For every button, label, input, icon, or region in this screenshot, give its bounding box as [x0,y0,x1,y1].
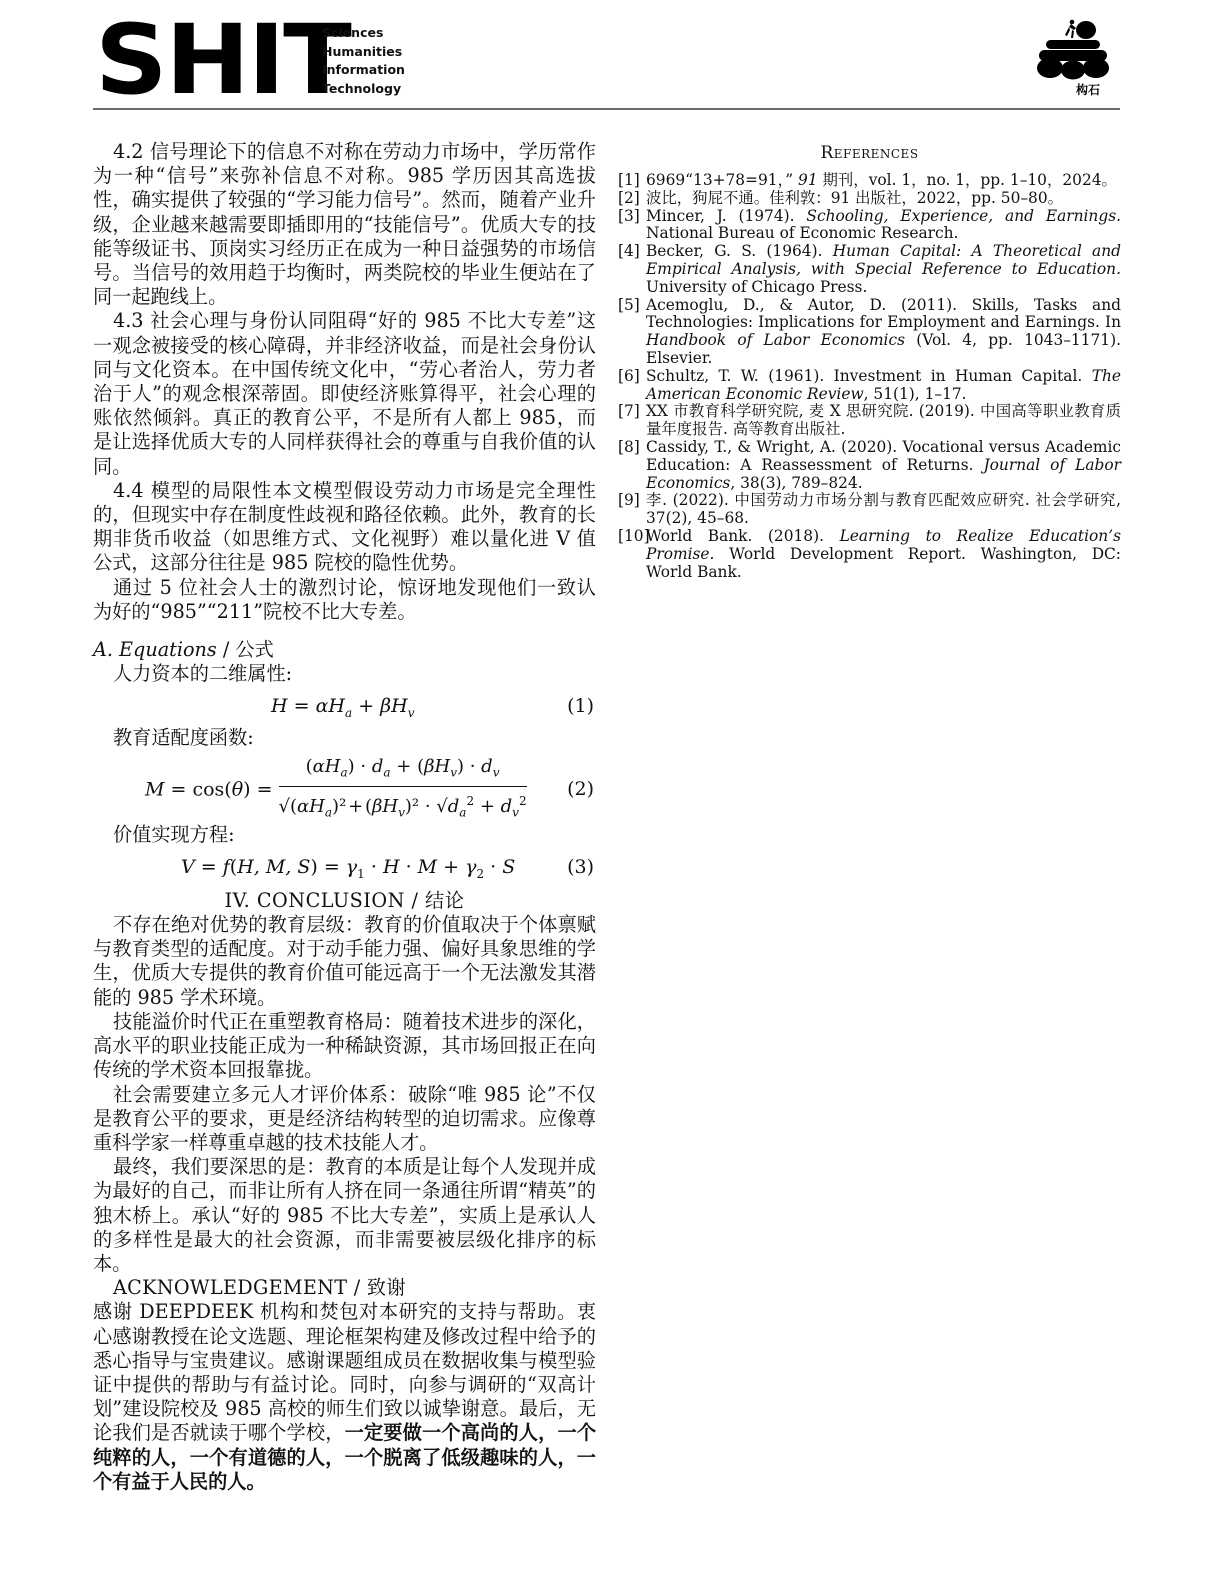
left-column: 4.2 信号理论下的信息不对称在劳动力市场中，学历常作为一种“信号”来弥补信息不… [93,140,596,1494]
reference-text: XX 市教育科学研究院, 麦 X 思研究院. (2019). 中国高等职业教育质… [646,402,1121,438]
reference-number: [2] [618,190,640,208]
paragraph-4-4: 4.4 模型的局限性本文模型假设劳动力市场是完全理性的，但现实中存在制度性歧视和… [93,479,596,576]
reference-text: World Bank. (2018). [646,527,840,545]
equations-heading-cn: 公式 [235,638,273,661]
right-column: References [1]6969“13+78=91，” 91 期刊，vol.… [618,143,1121,581]
equation-2-label: 教育适配度函数: [93,726,596,750]
conclusion-paragraph: 最终，我们要深思的是：教育的本质是让每个人发现并成为最好的自己，而非让所有人挤在… [93,1155,596,1276]
reference-item: [9]李. (2022). 中国劳动力市场分割与教育匹配效应研究. 社会学研究,… [618,492,1121,528]
brand-line: Information [322,61,405,80]
brand-line: Technology [322,80,405,99]
equation-1: H = αHa + βHv (1) [93,686,596,726]
equation-2: M = cos(θ) =(αHa) · da + (βHv) · dv√(αHa… [93,751,596,823]
equation-3: V = f(H, M, S) = γ1 · H · M + γ2 · S (3) [93,847,596,887]
equation-1-number: (1) [567,694,594,718]
reference-number: [9] [618,492,640,510]
reference-text: University of Chicago Press. [646,278,867,296]
reference-item: [5]Acemoglu, D., & Autor, D. (2011). Ski… [618,297,1121,368]
logo-label: 构石 [1076,81,1100,98]
reference-text: 波比，狗屁不通。佳利敦：91 出版社，2022，pp. 50–80。 [646,189,1063,207]
reference-number: [4] [618,243,640,261]
reference-text: National Bureau of Economic Research. [646,224,958,242]
conclusion-heading: IV. CONCLUSION / 结论 [93,889,596,913]
reference-number: [6] [618,368,640,386]
conclusion-paragraph: 不存在绝对优势的教育层级：教育的价值取决于个体禀赋与教育类型的适配度。对于动手能… [93,913,596,1010]
reference-number: [7] [618,403,640,421]
brand-subtitle: Sciences Humanities Information Technolo… [322,24,405,98]
reference-italic: Handbook of Labor Economics [646,331,905,349]
acknowledgement-heading: ACKNOWLEDGEMENT / 致谢 [93,1276,596,1300]
reference-italic: 91 [798,171,818,189]
reference-text: Acemoglu, D., & Autor, D. (2011). Skills… [646,296,1121,332]
reference-item: [2]波比，狗屁不通。佳利敦：91 出版社，2022，pp. 50–80。 [618,190,1121,208]
paragraph-discussion: 通过 5 位社会人士的激烈讨论，惊讶地发现他们一致认为好的“985”“211”院… [93,576,596,624]
reference-text: , 51(1), 1–17. [864,385,967,403]
reference-item: [3]Mincer, J. (1974). Schooling, Experie… [618,208,1121,244]
reference-number: [1] [618,172,640,190]
reference-text: Becker, G. S. (1964). [646,242,833,260]
equation-1-label: 人力资本的二维属性: [93,662,596,686]
reference-text: 6969“13+78=91，” [646,171,798,189]
references-heading: References [618,143,1121,163]
equations-heading: A. Equations / 公式 [93,638,596,662]
reference-item: [7]XX 市教育科学研究院, 麦 X 思研究院. (2019). 中国高等职业… [618,403,1121,439]
page-header: SHIT Sciences Humanities Information Tec… [93,18,1120,110]
reference-italic: Schooling, Experience, and Earnings. [806,207,1121,225]
brand-line: Sciences [322,24,405,43]
brand-line: Humanities [322,43,405,62]
reference-number: [5] [618,297,640,315]
reference-number: [8] [618,439,640,457]
conclusion-paragraph: 社会需要建立多元人才评价体系：破除“唯 985 论”不仅是教育公平的要求，更是经… [93,1083,596,1156]
header-divider [93,108,1120,110]
equations-heading-label: A. Equations [93,638,217,661]
equation-3-number: (3) [567,855,594,879]
equation-1-expression: H = αHa + βHv [271,694,414,725]
conclusion-paragraph: 技能溢价时代正在重塑教育格局：随着技术进步的深化，高水平的职业技能正成为一种稀缺… [93,1010,596,1083]
reference-number: [3] [618,208,640,226]
reference-item: [10]World Bank. (2018). Learning to Real… [618,528,1121,581]
equation-3-expression: V = f(H, M, S) = γ1 · H · M + γ2 · S [181,855,515,886]
reference-text: , 38(3), 789–824. [730,474,862,492]
acknowledgement-text: 感谢 DEEPDEEK 机构和焚包对本研究的支持与帮助。衷心感谢教授在论文选题、… [93,1300,596,1494]
references-list: [1]6969“13+78=91，” 91 期刊，vol. 1，no. 1，pp… [618,172,1121,581]
brand-logo-text: SHIT [95,20,350,100]
equation-3-label: 价值实现方程: [93,823,596,847]
equation-2-number: (2) [567,777,594,801]
reference-item: [4]Becker, G. S. (1964). Human Capital: … [618,243,1121,296]
paragraph-4-3: 4.3 社会心理与身份认同阻碍“好的 985 不比大专差”这一观念被接受的核心障… [93,309,596,478]
equation-2-expression: M = cos(θ) =(αHa) · da + (βHv) · dv√(αHa… [145,755,527,826]
reference-item: [8]Cassidy, T., & Wright, A. (2020). Voc… [618,439,1121,492]
reference-text: 期刊，vol. 1，no. 1，pp. 1–10，2024。 [818,171,1117,189]
reference-text: World Development Report. Washington, DC… [646,545,1121,581]
equations-heading-sep: / [217,638,236,661]
reference-text: 李. (2022). 中国劳动力市场分割与教育匹配效应研究. 社会学研究, 37… [646,491,1121,527]
reference-text: Schultz, T. W. (1961). Investment in Hum… [646,367,1092,385]
reference-number: [10] [618,528,650,546]
reference-item: [1]6969“13+78=91，” 91 期刊，vol. 1，no. 1，pp… [618,172,1121,190]
paragraph-4-2: 4.2 信号理论下的信息不对称在劳动力市场中，学历常作为一种“信号”来弥补信息不… [93,140,596,309]
reference-item: [6]Schultz, T. W. (1961). Investment in … [618,368,1121,404]
reference-text: Mincer, J. (1974). [646,207,806,225]
